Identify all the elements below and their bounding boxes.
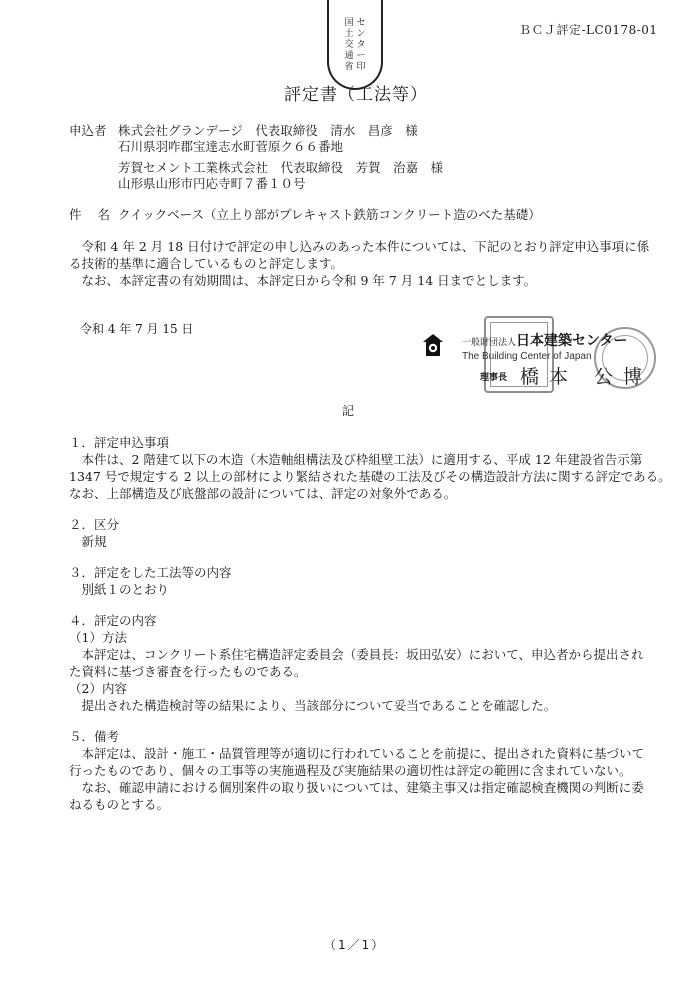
subject-text: クイックベース（立上り部がプレキャスト鉄筋コンクリート造のべた基礎） [118, 205, 541, 223]
ki-label: 記 [342, 402, 354, 419]
stamp-char: 省 [344, 62, 353, 73]
section-5-line: 行ったものであり、個々の工事等の実施過程及び実施結果の適切性は評定の範囲に含まれ… [69, 761, 632, 779]
issuer-english-name: The Building Center of Japan [462, 351, 592, 362]
stamp-char: タ [357, 40, 366, 51]
section-4-1-line: 本評定は、コンクリート系住宅構造評定委員会（委員長：坂田弘安）において、申込者か… [69, 645, 644, 663]
stamp-char: 交 [344, 40, 353, 51]
section-5-line: 本評定は、設計・施工・品質管理等が適切に行われていることを前提に、提出された資料… [69, 744, 644, 762]
issuer-organization: 一般財団法人日本建築センター [462, 330, 627, 350]
section-4-2-line: 提出された構造検討等の結果により、当該部分について妥当であることを確認した。 [69, 696, 556, 714]
document-title: 評定書（工法等） [284, 80, 428, 105]
stamp-char: ン [357, 29, 366, 40]
section-3-line: 別紙１のとおり [69, 580, 169, 598]
applicant-1-address: 石川県羽咋郡宝達志水町菅原ク６６番地 [118, 137, 343, 155]
applicant-2-address: 山形県山形市円応寺町７番１０号 [118, 174, 306, 192]
section-2-line: 新規 [69, 532, 107, 550]
receipt-stamp: 国 土 交 通 省 セ ン タ ー 印 [327, 0, 383, 90]
document-number: ＢＣＪ評定-LC0178-01 [519, 21, 658, 38]
stamp-column-right: 国 土 交 通 省 [344, 18, 353, 73]
issuer-org-name: 日本建築センター [516, 333, 627, 349]
stamp-char: 通 [344, 51, 353, 62]
stamp-char: 印 [357, 62, 366, 73]
section-1-line: 1347 号で規定する 2 以上の部材により緊結された基礎の工法及びその構造設計… [69, 467, 671, 485]
subject-label: 件 名 [69, 205, 116, 223]
issue-date: 令和 4 年 7 月 15 日 [80, 320, 193, 337]
intro-line: なお、本評定書の有効期間は、本評定日から令和 9 年 7 月 14 日までとしま… [69, 271, 536, 289]
stamp-char: セ [357, 18, 366, 29]
stamp-char: ー [357, 51, 366, 62]
issuer-org-prefix: 一般財団法人 [462, 338, 516, 348]
section-4-1-line: た資料に基づき審査を行ったものである。 [69, 662, 307, 680]
section-2-heading: ２．区分 [69, 515, 119, 533]
section-4-2-heading: （2）内容 [69, 679, 127, 697]
applicant-label: 申込者 [69, 121, 107, 139]
section-5-line: なお、確認申請における個別案件の取り扱いについては、建築主事又は指定確認検査機関… [69, 778, 644, 796]
intro-line: 令和 4 年 2 月 18 日付けで評定の申し込みのあった本件については、下記の… [69, 237, 649, 255]
bcj-house-logo-icon [423, 334, 443, 356]
page-number: （1／1） [324, 936, 385, 953]
section-5-heading: ５．備考 [69, 727, 119, 745]
section-5-line: ねるものとする。 [69, 795, 169, 813]
section-1-heading: １．評定申込事項 [69, 433, 169, 451]
issuer-name: 橋本 公博 [520, 362, 652, 389]
section-4-1-heading: （1）方法 [69, 628, 127, 646]
section-1-line: 本件は、2 階建て以下の木造（木造軸組構法及び枠組壁工法）に適用する、平成 12… [69, 450, 642, 468]
intro-line: る技術的基準に適合しているものと評定します。 [69, 254, 343, 272]
stamp-column-left: セ ン タ ー 印 [357, 18, 366, 73]
stamp-char: 土 [344, 29, 353, 40]
section-1-line: なお、上部構造及び底盤部の設計については、評定の対象外である。 [69, 484, 456, 502]
section-3-heading: ３．評定をした工法等の内容 [69, 563, 232, 581]
issuer-title: 理事長 [480, 370, 507, 383]
stamp-char: 国 [344, 18, 353, 29]
section-4-heading: ４．評定の内容 [69, 611, 157, 629]
